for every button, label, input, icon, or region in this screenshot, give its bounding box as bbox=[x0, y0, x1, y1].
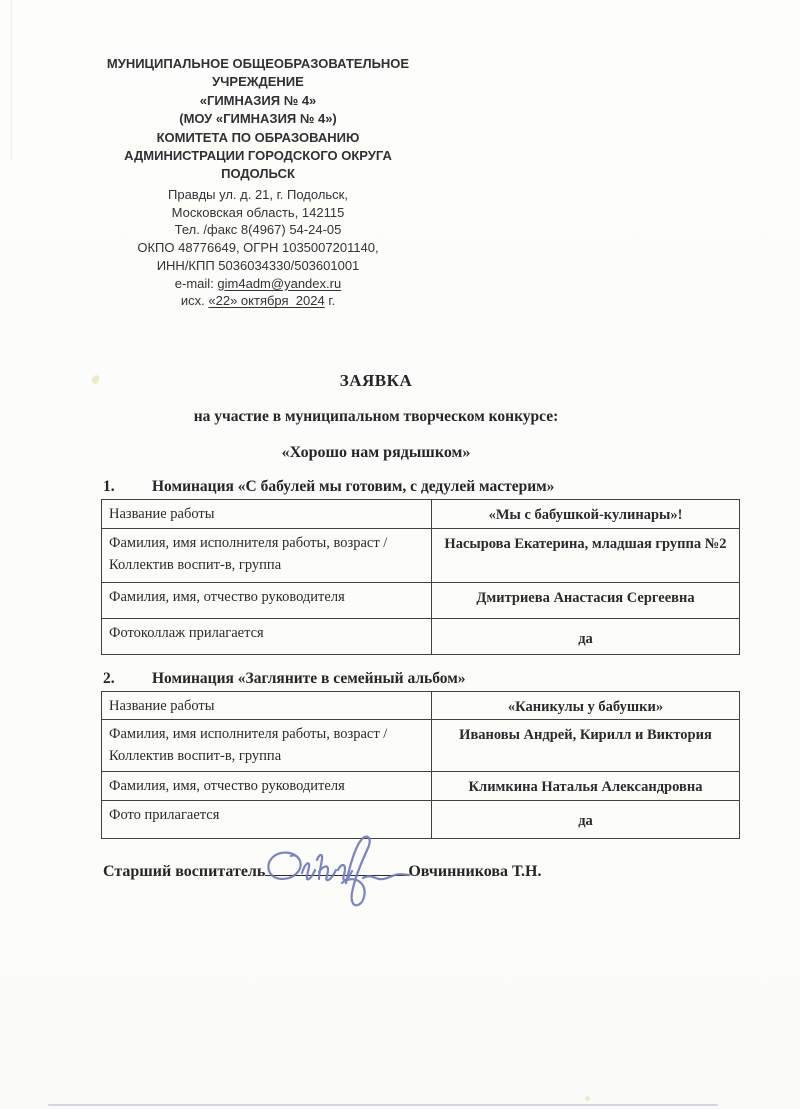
handwritten-signature-scribble bbox=[262, 828, 422, 913]
row-label: Фамилия, имя, отчество руководителя bbox=[102, 772, 432, 801]
row-value: «Мы с бабушкой-кулинары»! bbox=[432, 500, 740, 529]
inn-kpp-line: ИНН/КПП 5036034330/503601001 bbox=[57, 257, 459, 275]
nomination-2-table: Название работы «Каникулы у бабушки» Фам… bbox=[101, 691, 740, 839]
org-name-line: «ГИМНАЗИЯ № 4» bbox=[57, 92, 459, 110]
row-label: Фамилия, имя, отчество руководителя bbox=[102, 583, 432, 619]
email-address: gim4adm@yandex.ru bbox=[217, 276, 341, 291]
okpo-ogrn-line: ОКПО 48776649, ОГРН 1035007201140, bbox=[57, 239, 459, 257]
document-subtitle: на участие в муниципальном творческом ко… bbox=[0, 408, 752, 426]
row-label: Название работы bbox=[102, 500, 432, 529]
row-label: Фамилия, имя исполнителя работы, возраст… bbox=[102, 720, 432, 772]
paper-speck bbox=[585, 1096, 590, 1101]
table-row: Фамилия, имя исполнителя работы, возраст… bbox=[102, 529, 740, 583]
org-name-line: ПОДОЛЬСК bbox=[57, 165, 459, 183]
scan-edge-artifact bbox=[11, 0, 12, 160]
phone-line: Тел. /факс 8(4967) 54-24-05 bbox=[57, 221, 459, 239]
address-line: Правды ул. д. 21, г. Подольск, bbox=[57, 186, 459, 204]
section-2-heading: 2. Номинация «Загляните в семейный альбо… bbox=[103, 670, 743, 688]
section-heading-text: Номинация «Загляните в семейный альбом» bbox=[152, 670, 466, 688]
row-value: да bbox=[432, 619, 740, 655]
table-row: Название работы «Мы с бабушкой-кулинары»… bbox=[102, 500, 740, 529]
section-1-heading: 1. Номинация «С бабулей мы готовим, с де… bbox=[103, 478, 743, 496]
address-line: Московская область, 142115 bbox=[57, 204, 459, 222]
signature-stroke bbox=[302, 863, 315, 879]
table-row: Фамилия, имя, отчество руководителя Дмит… bbox=[102, 583, 740, 619]
outgoing-suffix: г. bbox=[325, 293, 335, 308]
outgoing-number-line: исх. «22» октября 2024 г. bbox=[57, 292, 459, 310]
org-name-line: МУНИЦИПАЛЬНОЕ ОБЩЕОБРАЗОВАТЕЛЬНОЕ bbox=[57, 55, 459, 73]
org-name-line: АДМИНИСТРАЦИИ ГОРОДСКОГО ОКРУГА bbox=[57, 147, 459, 165]
section-heading-text: Номинация «С бабулей мы готовим, с дедул… bbox=[152, 478, 554, 496]
row-label: Название работы bbox=[102, 692, 432, 720]
table-row: Фамилия, имя, отчество руководителя Клим… bbox=[102, 772, 740, 801]
row-value: Климкина Наталья Александровна bbox=[432, 772, 740, 801]
signer-name: Овчинникова Т.Н. bbox=[408, 863, 541, 880]
signature-stroke bbox=[342, 837, 370, 906]
row-label: Фотоколлаж прилагается bbox=[102, 619, 432, 655]
signature-stroke bbox=[317, 855, 336, 880]
row-label: Фамилия, имя исполнителя работы, возраст… bbox=[102, 529, 432, 583]
document-title: ЗАЯВКА bbox=[0, 371, 752, 391]
outgoing-date: «22» октября 2024 bbox=[208, 293, 324, 308]
section-number: 2. bbox=[103, 670, 152, 688]
signature-row: Старший воспитательОвчинникова Т.Н. bbox=[103, 861, 743, 881]
nomination-1-table: Название работы «Мы с бабушкой-кулинары»… bbox=[101, 499, 740, 655]
row-value: Насырова Екатерина, младшая группа №2 bbox=[432, 529, 740, 583]
table-row: Фотоколлаж прилагается да bbox=[102, 619, 740, 655]
org-name-line: (МОУ «ГИМНАЗИЯ № 4») bbox=[57, 110, 459, 128]
section-number: 1. bbox=[103, 478, 152, 496]
letterhead-org-block: МУНИЦИПАЛЬНОЕ ОБЩЕОБРАЗОВАТЕЛЬНОЕ УЧРЕЖД… bbox=[57, 55, 459, 184]
signature-role-label: Старший воспитатель bbox=[103, 863, 265, 880]
email-line: e-mail: gim4adm@yandex.ru bbox=[57, 275, 459, 293]
row-value: «Каникулы у бабушки» bbox=[432, 692, 740, 720]
letterhead-contact-block: Правды ул. д. 21, г. Подольск, Московска… bbox=[57, 186, 459, 310]
row-value: да bbox=[432, 801, 740, 839]
contest-name: «Хорошо нам рядышком» bbox=[0, 444, 752, 462]
table-row: Фамилия, имя исполнителя работы, возраст… bbox=[102, 720, 740, 772]
scan-bottom-line-artifact bbox=[48, 1104, 718, 1106]
row-value: Дмитриева Анастасия Сергеевна bbox=[432, 583, 740, 619]
scanned-application-document: МУНИЦИПАЛЬНОЕ ОБЩЕОБРАЗОВАТЕЛЬНОЕ УЧРЕЖД… bbox=[0, 0, 800, 1109]
org-name-line: УЧРЕЖДЕНИЕ bbox=[57, 73, 459, 91]
signature-stroke bbox=[363, 874, 409, 879]
signature-stroke bbox=[268, 853, 300, 879]
table-row: Название работы «Каникулы у бабушки» bbox=[102, 692, 740, 720]
org-name-line: КОМИТЕТА ПО ОБРАЗОВАНИЮ bbox=[57, 129, 459, 147]
outgoing-prefix: исх. bbox=[181, 293, 209, 308]
row-value: Ивановы Андрей, Кирилл и Виктория bbox=[432, 720, 740, 772]
email-label: e-mail: bbox=[175, 276, 218, 291]
